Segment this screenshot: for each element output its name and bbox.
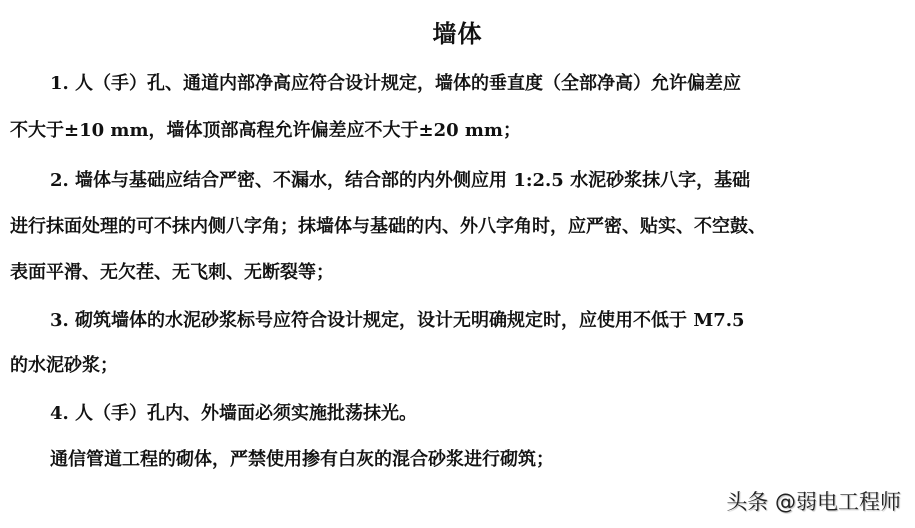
item-2-line-2: 进行抹面处理的可不抹内侧八字角；抹墙体与基础的内、外八字角时，应严密、贴实、不空… xyxy=(10,215,766,239)
document-page: 墙体 1. 人（手）孔、通道内部净高应符合设计规定，墙体的垂直度（全部净高）允许… xyxy=(0,0,915,528)
document-note: 通信管道工程的砌体，严禁使用掺有白灰的混合砂浆进行砌筑； xyxy=(50,448,554,472)
item-2-line-3: 表面平滑、无欠茬、无飞刺、无断裂等； xyxy=(10,261,334,285)
document-title: 墙体 xyxy=(0,14,915,49)
item-1-line-2: 不大于±10 mm，墙体顶部高程允许偏差应不大于±20 mm； xyxy=(10,119,521,143)
item-3-line-2: 的水泥砂浆； xyxy=(10,354,118,378)
item-2-line-1: 2. 墙体与基础应结合严密、不漏水，结合部的内外侧应用 1:2.5 水泥砂浆抹八… xyxy=(50,169,750,193)
item-3-line-1: 3. 砌筑墙体的水泥砂浆标号应符合设计规定，设计无明确规定时，应使用不低于 M7… xyxy=(50,309,745,333)
item-1-line-1: 1. 人（手）孔、通道内部净高应符合设计规定，墙体的垂直度（全部净高）允许偏差应 xyxy=(50,72,741,96)
watermark: 头条 @弱电工程师 xyxy=(726,486,901,516)
item-4-line-1: 4. 人（手）孔内、外墙面必须实施批荡抹光。 xyxy=(50,402,417,426)
